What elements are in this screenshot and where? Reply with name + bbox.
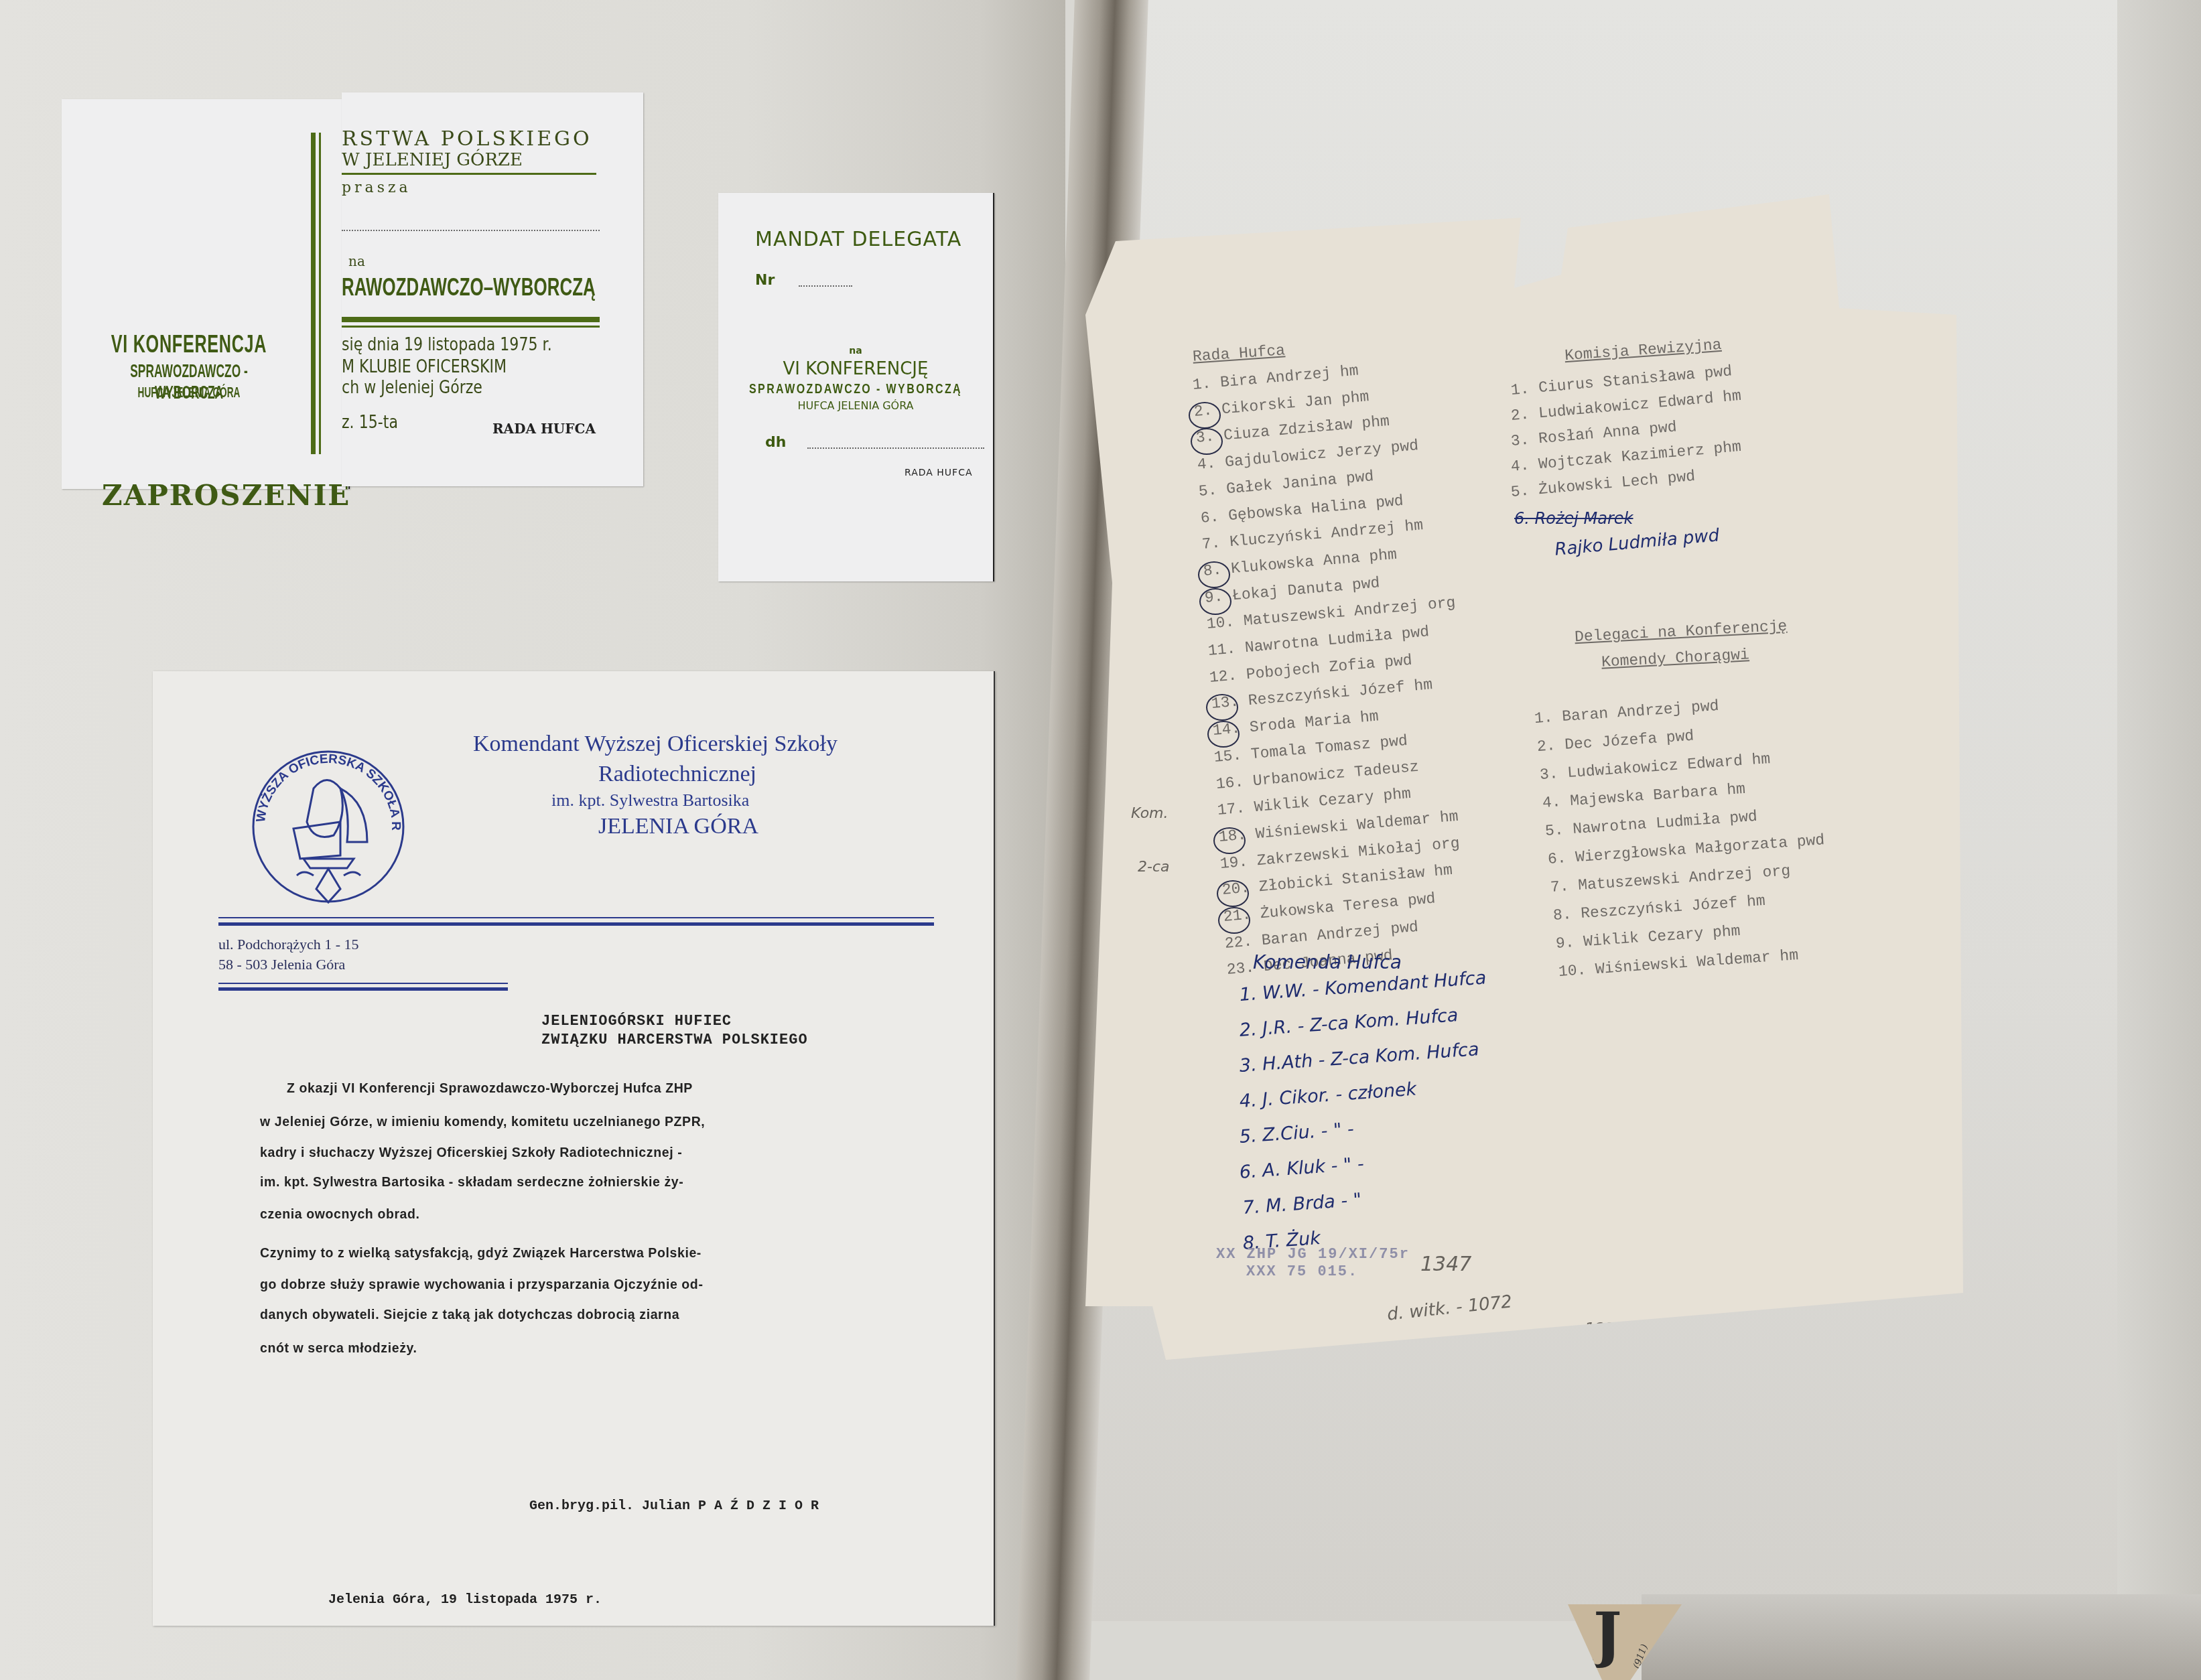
margin-note: 2-ca: [1138, 859, 1170, 876]
invitation-front-card: VI KONFERENCJA SPRAWOZDAWCZO - WYBORCZA …: [62, 99, 350, 489]
letter-address-line2: 58 - 503 Jelenia Góra: [218, 956, 345, 973]
komisja-header: Komisja Rewizyjna: [1564, 336, 1722, 364]
delegate-entry: 9. Wiklik Cezary phm: [1555, 922, 1741, 953]
inv-rule: [342, 173, 596, 175]
delegate-entry: 5. Nawrotna Ludmiła pwd: [1544, 808, 1757, 840]
invitation-inner-card: RSTWA POLSKIEGO W JELENIEJ GÓRZE prasza …: [342, 92, 643, 486]
inv-double-rule-2: [342, 326, 600, 328]
mandate-na: na: [718, 346, 993, 356]
mandate-title: MANDAT DELEGATA: [755, 228, 961, 251]
green-divider-bar: [311, 133, 316, 454]
svg-text:WYŻSZA OFICERSKA SZKOŁA RADIOT: WYŻSZA OFICERSKA SZKOŁA RADIOTECHNICZNA: [250, 748, 403, 831]
letter-recipient-line1: JELENIOGÓRSKI HUFIEC: [541, 1013, 732, 1030]
inv-city: ch w Jeleniej Górze: [342, 378, 482, 398]
komenda-entry: 7. M. Brda - ": [1242, 1190, 1362, 1218]
inv-time: z. 15-ta: [342, 413, 398, 433]
komenda-entry: 4. J. Cikor. - członek: [1239, 1079, 1417, 1112]
delegate-list-sheet: Rada Hufca1. Bira Andrzej hm2. Cikorski …: [1085, 181, 1963, 1360]
delegate-entry: 3. Ludwiakowicz Edward hm: [1539, 750, 1771, 784]
letter-rule-addr-thin: [218, 983, 508, 984]
letter-document: WYŻSZA OFICERSKA SZKOŁA RADIOTECHNICZNA …: [153, 671, 995, 1626]
letter-body-line: cnót w serca młodzieży.: [260, 1341, 417, 1356]
delegate-entry: 7. Matuszewski Andrzej org: [1550, 862, 1791, 896]
mandate-dh-field: [807, 447, 984, 449]
invitation-unit: HUFCA JELENIA GÓRA: [110, 384, 268, 401]
letter-body-line: Z okazji VI Konferencji Sprawozdawczo-Wy…: [287, 1081, 693, 1097]
page-bottom-shadow: [1642, 1594, 2201, 1680]
circle-mark-icon: [1213, 827, 1246, 854]
newspaper-glyph: J: [1593, 1604, 1622, 1665]
inv-na: na: [348, 253, 365, 269]
rada-member: 5. Gałek Janina pwd: [1198, 468, 1375, 500]
letter-recipient-line2: ZWIĄZKU HARCERSTWA POLSKIEGO: [541, 1032, 808, 1048]
pencil-note: 1347: [1420, 1253, 1471, 1276]
pencil-note: d. witk. - 1072: [1386, 1291, 1513, 1324]
mandate-nr-field: [799, 285, 852, 287]
mandate-dh-label: dh: [765, 434, 786, 451]
letter-body-line: im. kpt. Sylwestra Bartosika - składam s…: [260, 1175, 683, 1190]
delegate-entry: 8. Reszczyński Józef hm: [1552, 892, 1765, 924]
mandate-signature: RADA HUFCA: [905, 468, 972, 478]
margin-note: Kom.: [1131, 805, 1169, 822]
letter-body-line: go dobrze służy sprawie wychowania i prz…: [260, 1277, 703, 1293]
komisja-struck-entry: 6. Rożej Marek: [1514, 509, 1633, 528]
inv-invites: prasza: [342, 180, 411, 196]
komenda-entry: 2. J.R. - Z-ca Kom. Hufca: [1239, 1005, 1459, 1041]
rada-member: 1. Bira Andrzej hm: [1192, 362, 1359, 394]
delegate-entry: 10. Wiśniewski Waldemar hm: [1558, 947, 1799, 981]
school-seal-icon: WYŻSZA OFICERSKA SZKOŁA RADIOTECHNICZNA: [250, 748, 407, 906]
circle-mark-icon: [1218, 907, 1250, 934]
mandate-nr-label: Nr: [755, 272, 775, 289]
inv-event: RAWOZDAWCZO–WYBORCZĄ: [342, 273, 596, 301]
delegaci-header: Komendy Chorągwi: [1601, 646, 1749, 671]
circle-mark-icon: [1199, 588, 1231, 615]
letter-rule-top-thin: [218, 917, 934, 918]
mandate-card: MANDAT DELEGATA Nr na VI KONFERENCJĘ SPR…: [718, 193, 994, 581]
delegate-entry: 4. Majewska Barbara hm: [1542, 780, 1746, 812]
delegate-entry: 2. Dec Józefa pwd: [1536, 727, 1694, 756]
registration-stamp: XX ZHP JG 19/XI/75r: [1216, 1246, 1410, 1263]
circle-mark-icon: [1206, 694, 1238, 721]
rada-header: Rada Hufca: [1192, 342, 1286, 366]
letter-header-line4: JELENIA GÓRA: [598, 814, 758, 839]
registration-stamp: XXX 75 015.: [1246, 1263, 1358, 1280]
green-divider-bar-thin: [319, 133, 321, 454]
delegate-entry: 1. Baran Andrzej pwd: [1534, 697, 1719, 727]
mandate-line3: HUFCA JELENIA GÓRA: [718, 399, 993, 412]
circle-mark-icon: [1191, 428, 1223, 455]
mandate-line2: SPRAWOZDAWCZO - WYBORCZĄ: [746, 382, 965, 397]
circle-mark-icon: [1189, 402, 1221, 429]
inv-signature: RADA HUFCA: [492, 421, 596, 437]
inv-dotted-line: [342, 230, 600, 231]
komenda-entry: 6. A. Kluk - " -: [1239, 1153, 1365, 1183]
album-page-edge: [2117, 0, 2201, 1680]
inv-double-rule-1: [342, 317, 600, 322]
komenda-entry: 5. Z.Ciu. - " -: [1239, 1119, 1355, 1147]
letter-rule-addr-thick: [218, 987, 508, 991]
letter-header-line3: im. kpt. Sylwestra Bartosika: [551, 790, 749, 811]
invitation-heading: VI KONFERENCJA: [100, 330, 278, 358]
letter-header-line2: Radiotechnicznej: [598, 762, 756, 787]
letter-body-line: czenia owocnych obrad.: [260, 1207, 420, 1222]
komisja-handwritten-entry: Rajko Ludmiła pwd: [1554, 525, 1720, 559]
circle-mark-icon: [1207, 721, 1240, 748]
komenda-entry: 3. H.Ath - Z-ca Kom. Hufca: [1239, 1039, 1480, 1076]
delegaci-header: Delegaci na Konferencję: [1575, 618, 1788, 646]
inv-date: się dnia 19 listopada 1975 r.: [342, 335, 552, 355]
letter-header-line1: Komendant Wyższej Oficerskiej Szkoły: [473, 731, 838, 757]
inv-venue: M KLUBIE OFICERSKIM: [342, 357, 507, 377]
komenda-header: Komenda Hufca: [1253, 951, 1402, 973]
inv-org-line2: W JELENIEJ GÓRZE: [342, 150, 523, 170]
letter-address-line1: ul. Podchorążych 1 - 15: [218, 936, 359, 953]
circle-mark-icon: [1198, 561, 1230, 588]
mandate-line1: VI KONFERENCJĘ: [718, 359, 993, 379]
letter-body-line: danych obywateli. Siejcie z taką jak dot…: [260, 1308, 679, 1323]
inv-org-line1: RSTWA POLSKIEGO: [342, 127, 592, 151]
letter-signature: Gen.bryg.pil. Julian P A Ź D Z I O R: [529, 1498, 819, 1514]
circle-mark-icon: [1217, 880, 1249, 907]
letter-rule-top-thick: [218, 922, 934, 926]
letter-place-date: Jelenia Góra, 19 listopada 1975 r.: [328, 1592, 602, 1608]
letter-body-line: w Jeleniej Górze, w imieniu komendy, kom…: [260, 1115, 705, 1130]
invitation-title: ZAPROSZENIE: [102, 479, 350, 512]
letter-body-line: kadry i słuchaczy Wyższej Oficerskiej Sz…: [260, 1145, 682, 1161]
letter-body-line: Czynimy to z wielką satysfakcją, gdyż Zw…: [260, 1246, 702, 1261]
